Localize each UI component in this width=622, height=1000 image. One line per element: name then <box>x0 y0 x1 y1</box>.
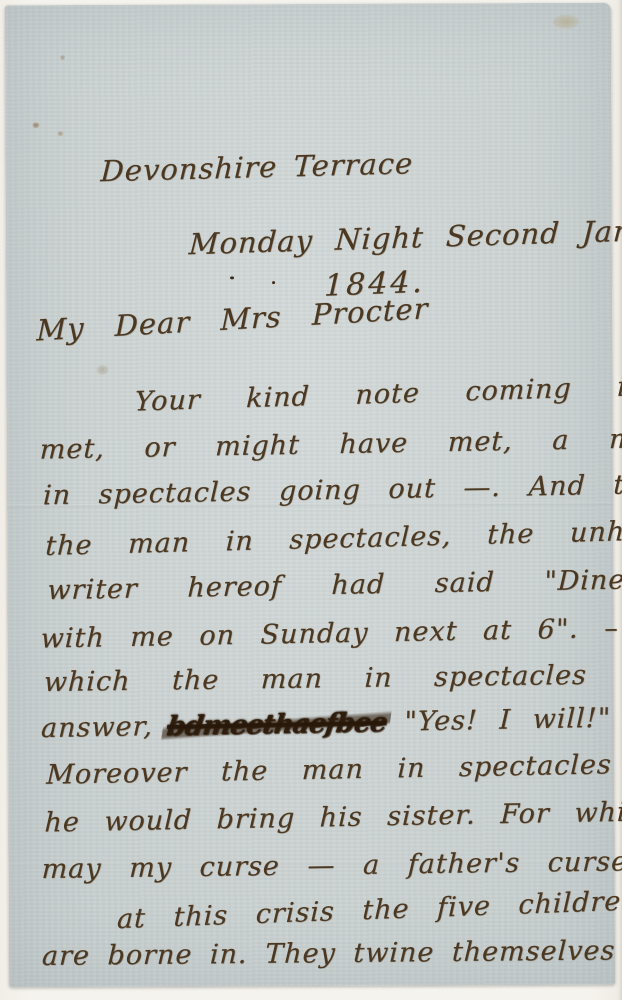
paper-stain <box>553 15 579 29</box>
letter-scan: { "document": { "kind": "Scanned handwri… <box>0 0 622 1000</box>
date-line: Monday Night Second January <box>188 212 622 262</box>
body-line: may my curse — a father's curse —! <box>41 844 622 887</box>
paper-stain <box>60 55 65 60</box>
ink-speck <box>272 281 275 284</box>
paper-stain <box>96 365 108 375</box>
body-line-text: answer, <box>41 711 154 744</box>
body-line: writer hereof had said "Dine <box>47 564 622 609</box>
body-line: the man in spectacles, the unhappy <box>45 513 622 563</box>
body-line: Moreover the man in spectacles said <box>46 747 622 793</box>
salutation: My Dear Mrs Procter <box>36 291 428 347</box>
body-line: which the man in spectacles made <box>43 657 622 700</box>
ink-speck <box>230 276 234 279</box>
body-line: he would bring his sister. For which, <box>44 795 622 841</box>
obliterated-word: bdmeethaefbee <box>161 706 393 744</box>
paper-stain <box>32 122 39 128</box>
paper-stain <box>57 131 63 136</box>
letter-paper: Devonshire Terrace Monday Night Second J… <box>5 3 615 988</box>
body-line: answer,bdmeethaefbee"Yes! I will!" <box>40 702 611 746</box>
body-line: met, or might have met, a man <box>39 422 622 468</box>
body-line: are borne in. They twine themselves abou… <box>41 933 622 973</box>
body-line-text: "Yes! I will!" <box>404 703 612 738</box>
address-line: Devonshire Terrace <box>100 146 414 188</box>
body-line: at this crisis the five children <box>116 884 622 937</box>
body-line: with me on Sunday next at 6". – to <box>40 611 622 657</box>
body-line: Your kind note coming in, <box>134 370 622 420</box>
body-line: in spectacles going out —. And to <box>42 468 622 513</box>
